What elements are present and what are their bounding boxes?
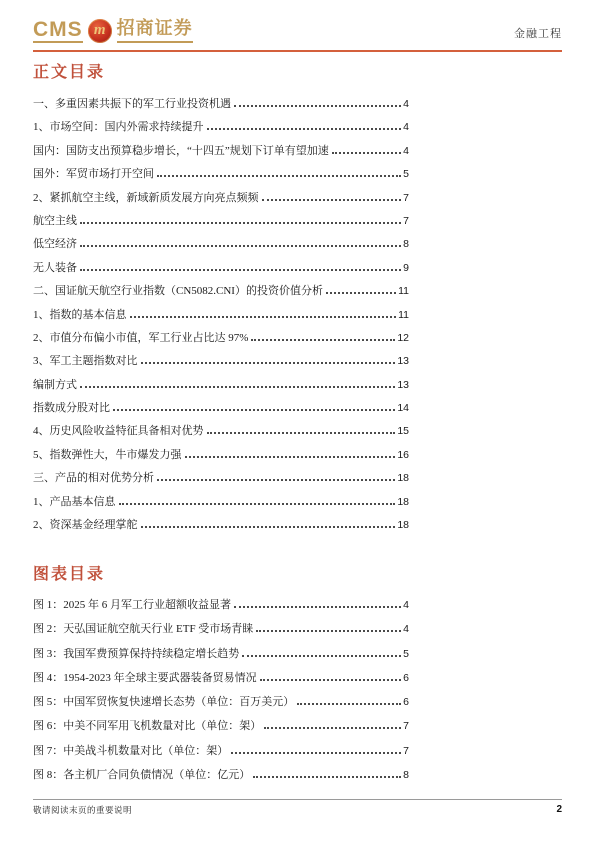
cms-logo: CMS m 招商证券 — [33, 19, 193, 43]
toc-entry-label: 5、指数弹性大，牛市爆发力强 — [33, 444, 182, 467]
toc-entry-page: 4 — [403, 116, 409, 139]
dotted-leader — [256, 630, 401, 632]
toc-entry-page: 13 — [397, 374, 409, 397]
footer-disclaimer: 敬请阅读末页的重要说明 — [33, 804, 132, 816]
toc-entry-label: 1、产品基本信息 — [33, 491, 116, 514]
toc-entry[interactable]: 国外：军贸市场打开空间5 — [33, 163, 409, 186]
dotted-leader — [207, 128, 402, 130]
dotted-leader — [80, 222, 401, 224]
toc-entry-page: 7 — [403, 187, 409, 210]
toc-entry-page: 4 — [403, 93, 409, 116]
figure-entry-page: 6 — [403, 666, 409, 690]
toc-entry-page: 13 — [397, 350, 409, 373]
figure-entry-label: 图 1：2025 年 6 月军工行业超额收益显著 — [33, 593, 231, 617]
toc-entry-page: 4 — [403, 140, 409, 163]
figure-entry-label: 图 6：中美不同军用飞机数量对比（单位：架） — [33, 714, 261, 738]
dotted-leader — [332, 152, 401, 154]
dotted-leader — [141, 526, 396, 528]
brand-name: 招商证券 — [117, 19, 193, 43]
figure-entry[interactable]: 图 5：中国军贸恢复快速增长态势（单位：百万美元）6 — [33, 690, 409, 714]
toc-entry[interactable]: 2、市值分布偏小市值，军工行业占比达 97%12 — [33, 327, 409, 350]
dotted-leader — [234, 105, 401, 107]
figures-title: 图表目录 — [33, 561, 105, 584]
toc-entry-label: 2、市值分布偏小市值，军工行业占比达 97% — [33, 327, 248, 350]
figure-entry[interactable]: 图 6：中美不同军用飞机数量对比（单位：架）7 — [33, 714, 409, 738]
dotted-leader — [234, 606, 401, 608]
page-footer: 敬请阅读末页的重要说明 2 — [33, 799, 562, 816]
toc-entry-page: 12 — [397, 327, 409, 350]
toc-entry-label: 二、国证航天航空行业指数（CN5082.CNI）的投资价值分析 — [33, 280, 323, 303]
toc-entry-page: 9 — [403, 257, 409, 280]
toc-entry-label: 1、指数的基本信息 — [33, 304, 127, 327]
figure-entry-label: 图 8：各主机厂合同负债情况（单位：亿元） — [33, 763, 250, 787]
toc-entry-label: 航空主线 — [33, 210, 77, 233]
report-page: CMS m 招商证券 金融工程 正文目录 一、多重因素共振下的军工行业投资机遇4… — [0, 0, 595, 841]
cms-logo-text: CMS — [33, 19, 83, 43]
figure-entry-label: 图 5：中国军贸恢复快速增长态势（单位：百万美元） — [33, 690, 294, 714]
dotted-leader — [231, 752, 401, 754]
toc-entry-page: 11 — [398, 304, 409, 327]
toc-entry-page: 16 — [397, 444, 409, 467]
toc-entry-label: 1、市场空间：国内外需求持续提升 — [33, 116, 204, 139]
toc-entry[interactable]: 4、历史风险收益特征具备相对优势15 — [33, 420, 409, 443]
toc-entry-label: 指数成分股对比 — [33, 397, 110, 420]
figure-entry[interactable]: 图 7：中美战斗机数量对比（单位：架）7 — [33, 739, 409, 763]
toc-entry-page: 14 — [397, 397, 409, 420]
dotted-leader — [80, 245, 401, 247]
toc-entry[interactable]: 三、产品的相对优势分析18 — [33, 467, 409, 490]
dotted-leader — [242, 655, 401, 657]
dotted-leader — [264, 727, 401, 729]
dotted-leader — [141, 362, 396, 364]
figure-entry[interactable]: 图 2：天弘国证航空航天行业 ETF 受市场青睐4 — [33, 617, 409, 641]
dotted-leader — [80, 386, 395, 388]
page-header: CMS m 招商证券 金融工程 — [33, 14, 562, 52]
figure-entry-label: 图 4：1954-2023 年全球主要武器装备贸易情况 — [33, 666, 257, 690]
toc-entry[interactable]: 低空经济8 — [33, 233, 409, 256]
figure-entry-page: 7 — [403, 714, 409, 738]
toc-list: 一、多重因素共振下的军工行业投资机遇4 1、市场空间：国内外需求持续提升4 国内… — [33, 93, 409, 537]
dotted-leader — [262, 199, 402, 201]
figure-entry-page: 4 — [403, 593, 409, 617]
dotted-leader — [251, 339, 395, 341]
toc-entry-page: 15 — [397, 420, 409, 443]
figure-entry[interactable]: 图 8：各主机厂合同负债情况（单位：亿元）8 — [33, 763, 409, 787]
figure-entry-page: 8 — [403, 763, 409, 787]
dotted-leader — [80, 269, 401, 271]
dotted-leader — [253, 776, 401, 778]
figure-entry-page: 5 — [403, 642, 409, 666]
figure-entry[interactable]: 图 1：2025 年 6 月军工行业超额收益显著4 — [33, 593, 409, 617]
dotted-leader — [157, 479, 395, 481]
toc-entry[interactable]: 1、市场空间：国内外需求持续提升4 — [33, 116, 409, 139]
toc-entry-label: 4、历史风险收益特征具备相对优势 — [33, 420, 204, 443]
toc-entry-label: 三、产品的相对优势分析 — [33, 467, 154, 490]
figure-entry-page: 6 — [403, 690, 409, 714]
toc-entry-page: 8 — [403, 233, 409, 256]
dotted-leader — [157, 175, 401, 177]
report-category: 金融工程 — [514, 25, 562, 43]
toc-entry[interactable]: 1、产品基本信息18 — [33, 491, 409, 514]
toc-entry-page: 7 — [403, 210, 409, 233]
figure-entry-label: 图 3：我国军费预算保持持续稳定增长趋势 — [33, 642, 239, 666]
toc-entry[interactable]: 编制方式13 — [33, 374, 409, 397]
cms-m-badge-icon: m — [88, 19, 112, 43]
dotted-leader — [260, 679, 401, 681]
toc-entry[interactable]: 二、国证航天航空行业指数（CN5082.CNI）的投资价值分析11 — [33, 280, 409, 303]
figure-entry[interactable]: 图 3：我国军费预算保持持续稳定增长趋势5 — [33, 642, 409, 666]
toc-entry-label: 国内：国防支出预算稳步增长，“十四五”规划下订单有望加速 — [33, 140, 329, 163]
toc-entry-label: 低空经济 — [33, 233, 77, 256]
figure-entry-page: 4 — [403, 617, 409, 641]
toc-entry[interactable]: 国内：国防支出预算稳步增长，“十四五”规划下订单有望加速4 — [33, 140, 409, 163]
dotted-leader — [185, 456, 396, 458]
figure-entry[interactable]: 图 4：1954-2023 年全球主要武器装备贸易情况6 — [33, 666, 409, 690]
toc-entry-label: 编制方式 — [33, 374, 77, 397]
dotted-leader — [119, 503, 396, 505]
toc-entry-page: 18 — [397, 467, 409, 490]
figure-entry-label: 图 2：天弘国证航空航天行业 ETF 受市场青睐 — [33, 617, 253, 641]
toc-entry-label: 2、紧抓航空主线，新域新质发展方向亮点频频 — [33, 187, 259, 210]
toc-entry[interactable]: 2、紧抓航空主线，新域新质发展方向亮点频频7 — [33, 187, 409, 210]
toc-entry-page: 18 — [397, 514, 409, 537]
toc-entry[interactable]: 无人装备9 — [33, 257, 409, 280]
toc-entry[interactable]: 2、资深基金经理掌舵18 — [33, 514, 409, 537]
dotted-leader — [113, 409, 395, 411]
toc-entry-label: 国外：军贸市场打开空间 — [33, 163, 154, 186]
toc-entry[interactable]: 指数成分股对比14 — [33, 397, 409, 420]
toc-entry[interactable]: 一、多重因素共振下的军工行业投资机遇4 — [33, 93, 409, 116]
toc-entry[interactable]: 1、指数的基本信息11 — [33, 304, 409, 327]
toc-entry-label: 2、资深基金经理掌舵 — [33, 514, 138, 537]
toc-entry[interactable]: 航空主线7 — [33, 210, 409, 233]
toc-entry[interactable]: 3、军工主题指数对比13 — [33, 350, 409, 373]
dotted-leader — [297, 703, 401, 705]
figure-entry-label: 图 7：中美战斗机数量对比（单位：架） — [33, 739, 228, 763]
footer-page-number: 2 — [556, 804, 562, 815]
dotted-leader — [207, 432, 396, 434]
dotted-leader — [326, 292, 396, 294]
figures-list: 图 1：2025 年 6 月军工行业超额收益显著4 图 2：天弘国证航空航天行业… — [33, 593, 409, 787]
toc-entry-page: 11 — [398, 280, 409, 303]
toc-entry-label: 无人装备 — [33, 257, 77, 280]
toc-entry-label: 3、军工主题指数对比 — [33, 350, 138, 373]
toc-entry-label: 一、多重因素共振下的军工行业投资机遇 — [33, 93, 231, 116]
toc-entry-page: 5 — [403, 163, 409, 186]
figure-entry-page: 7 — [403, 739, 409, 763]
toc-entry[interactable]: 5、指数弹性大，牛市爆发力强16 — [33, 444, 409, 467]
toc-entry-page: 18 — [397, 491, 409, 514]
toc-title: 正文目录 — [33, 59, 105, 82]
dotted-leader — [130, 316, 397, 318]
